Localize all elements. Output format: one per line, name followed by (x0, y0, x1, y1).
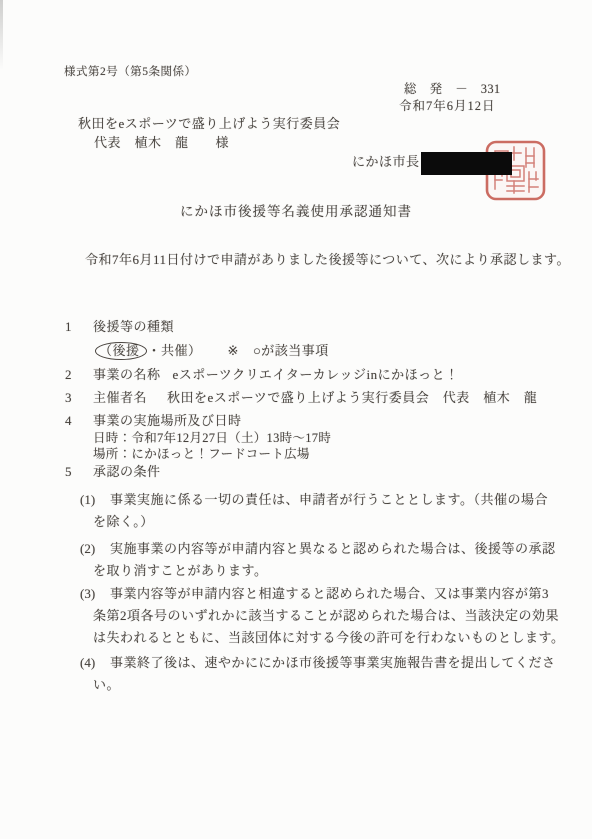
issue-number: 総 発 － 331 (404, 81, 500, 97)
addressee-organization: 秋田をeスポーツで盛り上げよう実行委員会 (78, 116, 340, 132)
condition-3: (3) 事業内容等が申請内容と相違すると認められた場合、又は事業内容が第3 条第… (93, 583, 564, 648)
item-4-label: 事業の実施場所及び日時 (93, 413, 242, 428)
issue-date: 令和7年6月12日 (399, 98, 496, 114)
condition-4-line: い。 (93, 674, 556, 696)
condition-3-line: は失われるとともに、当該団体に対する今後の許可を行わないものとします。 (93, 627, 564, 649)
item-4-heading: 4事業の実施場所及び日時 (65, 413, 242, 429)
item-3-number: 3 (65, 390, 93, 406)
item-2-number: 2 (65, 367, 93, 383)
addressee-representative: 代表 植木 龍 様 (94, 135, 229, 151)
approval-type-choice: （後援・共催）※○が該当事項 (95, 342, 329, 360)
item-3-value: 秋田をeスポーツで盛り上げよう実行委員会 代表 植木 龍 (167, 390, 537, 405)
choice-note: ○が該当事項 (253, 343, 329, 358)
scan-artifact (0, 0, 3, 70)
condition-1-number: (1) (80, 489, 95, 511)
condition-3-line: 条第2項各号のいずれかに該当することが認められた場合は、当該決定の効果 (93, 605, 564, 627)
choice-rest: ・共催） (148, 343, 202, 358)
condition-1-line: 事業実施に係る一切の責任は、申請者が行うこととします。（共催の場合 (93, 489, 548, 511)
lead-paragraph: 令和7年6月11日付けで申請がありました後援等について、次により承認します。 (85, 252, 570, 268)
document-title: にかほ市後援等名義使用承認通知書 (0, 204, 592, 220)
condition-3-number: (3) (80, 583, 95, 605)
item-5-heading: 5承認の条件 (65, 464, 161, 480)
condition-2: (2) 実施事業の内容等が申請内容と異なると認められた場合は、後援等の承認 を取… (93, 538, 556, 582)
condition-3-line: 事業内容等が申請内容と相違すると認められた場合、又は事業内容が第3 (93, 583, 564, 605)
form-number: 様式第2号（第5条関係） (64, 64, 197, 80)
choice-open-paren: （ (99, 343, 113, 358)
item-5-label: 承認の条件 (93, 464, 161, 479)
condition-4: (4) 事業終了後は、速やかににかほ市後援等事業実施報告書を提出してくださ い。 (93, 652, 556, 696)
approval-circle-oval: （後援 (95, 342, 147, 360)
condition-4-line: 事業終了後は、速やかににかほ市後援等事業実施報告書を提出してくださ (93, 652, 556, 674)
item-1-label: 後援等の種類 (93, 319, 174, 334)
event-datetime: 日時：令和7年12月27日（土）13時～17時 (93, 430, 331, 446)
condition-4-number: (4) (80, 652, 95, 674)
item-4-number: 4 (65, 413, 93, 429)
item-2-value: eスポーツクリエイターカレッジinにかほっと！ (173, 367, 459, 382)
choice-circled-option: 後援 (113, 343, 140, 358)
condition-1-line: を除く。） (93, 511, 548, 533)
condition-2-line: を取り消すことがあります。 (93, 560, 556, 582)
sender-title: にかほ市長 (352, 154, 420, 170)
item-1-number: 1 (65, 319, 93, 335)
event-place: 場所：にかほっと！フードコート広場 (93, 446, 310, 462)
condition-1: (1) 事業実施に係る一切の責任は、申請者が行うこととします。（共催の場合 を除… (93, 489, 548, 533)
item-5-number: 5 (65, 464, 93, 480)
condition-2-line: 実施事業の内容等が申請内容と異なると認められた場合は、後援等の承認 (93, 538, 556, 560)
redacted-name-bar (421, 152, 512, 175)
condition-2-number: (2) (80, 538, 95, 560)
item-2-label: 事業の名称 (93, 367, 161, 382)
choice-note-mark: ※ (228, 343, 239, 358)
item-3-row: 3主催者名秋田をeスポーツで盛り上げよう実行委員会 代表 植木 龍 (65, 390, 537, 406)
item-2-row: 2事業の名称eスポーツクリエイターカレッジinにかほっと！ (65, 367, 459, 383)
item-3-label: 主催者名 (93, 390, 147, 405)
scanned-document-page: 様式第2号（第5条関係） 総 発 － 331 令和7年6月12日 秋田をeスポー… (0, 0, 592, 839)
item-1-heading: 1後援等の種類 (65, 319, 174, 335)
